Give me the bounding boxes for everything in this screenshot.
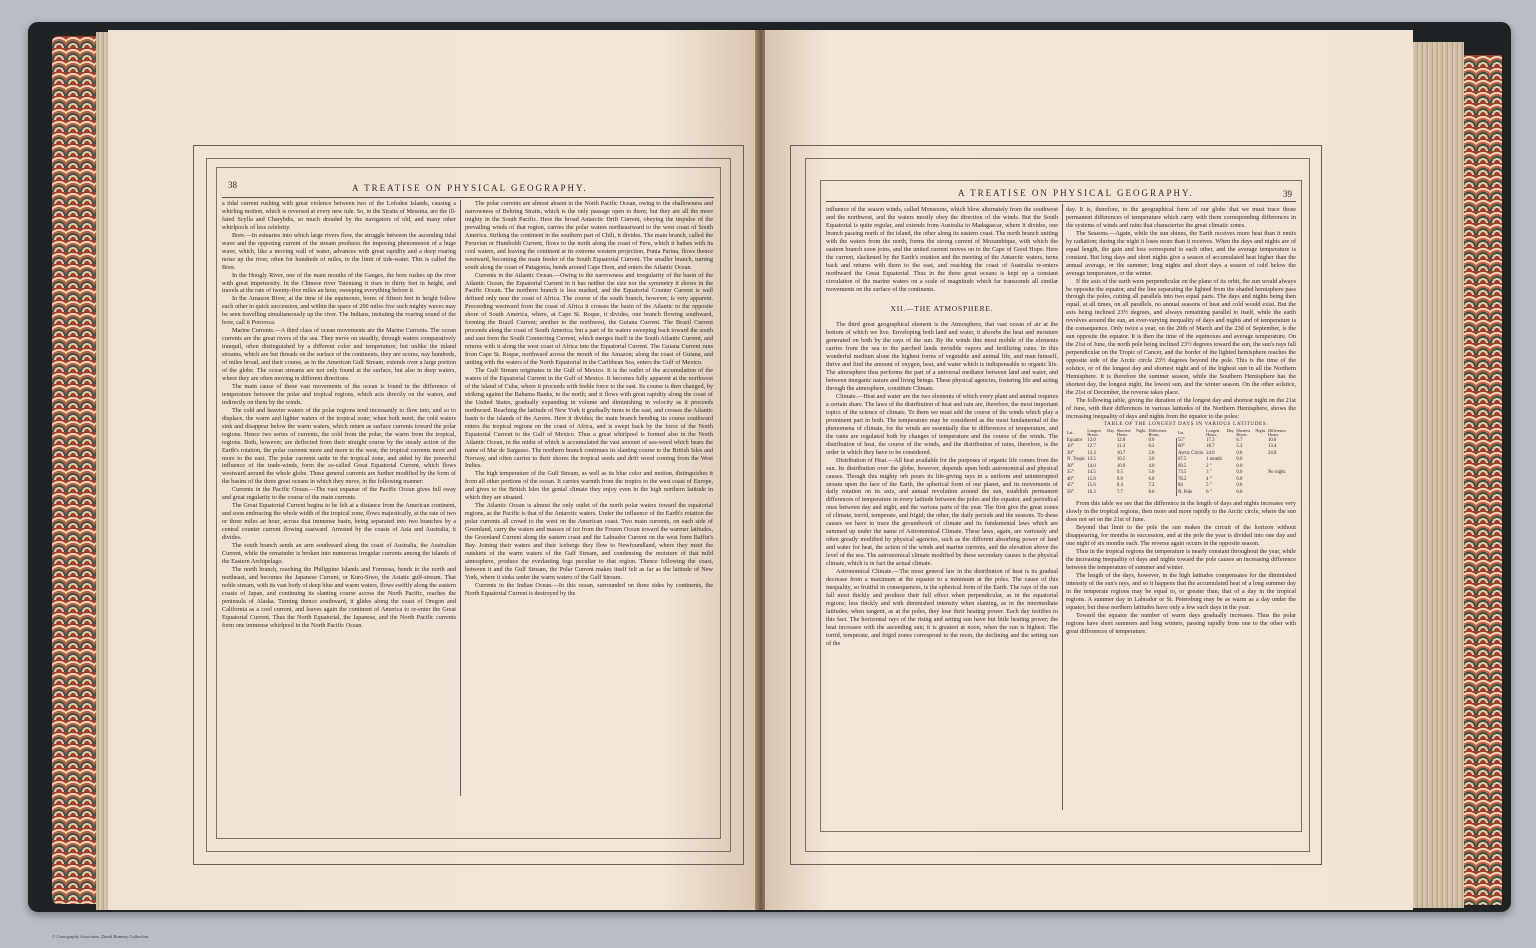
- paragraph: The length of the days, however, in the …: [1066, 572, 1296, 612]
- paragraph: The main cause of these vast movements o…: [222, 383, 456, 407]
- paragraph: From this table we see that the differen…: [1066, 500, 1296, 524]
- page-block-right: [1410, 42, 1464, 908]
- paragraph: Toward the equator the number of warm da…: [1066, 612, 1296, 636]
- paragraph: Marine Currents.—A third class of ocean …: [222, 327, 456, 383]
- table-header: Shortest Night. Hours.: [1116, 429, 1148, 438]
- table-cell: N. Tropic: [1066, 457, 1086, 464]
- table-header: Longest Day. Hours.: [1205, 429, 1235, 438]
- table-cell: 16.3: [1086, 490, 1115, 497]
- page-number: 39: [1283, 189, 1292, 199]
- paragraph: If the axis of the earth were perpendicu…: [1066, 278, 1296, 397]
- table-header: Difference. Hours.: [1147, 429, 1176, 438]
- copyright-watermark: © Cartography Associates, David Rumsey C…: [52, 934, 148, 939]
- right-column-2: day. It is, therefore, to the geographic…: [1066, 206, 1296, 636]
- table-header: Lat.: [1066, 429, 1086, 438]
- table-cell: 50°: [1066, 490, 1086, 497]
- left-column-1: a tidal current rushing with great viole…: [222, 200, 456, 629]
- paragraph: The south branch sends an arm southward …: [222, 542, 456, 566]
- table-header: Lat.: [1176, 429, 1205, 438]
- paragraph: Bore.—In estuaries into which large rive…: [222, 232, 456, 272]
- paragraph: The high temperature of the Gulf Stream,…: [465, 470, 713, 502]
- table-header: Longest Day. Hours.: [1086, 429, 1115, 438]
- head-rule: [222, 197, 714, 198]
- marbled-edge-right: [1462, 55, 1502, 905]
- table-cell: N. Pole: [1176, 490, 1205, 497]
- paragraph: Beyond that limit to the pole the sun ma…: [1066, 524, 1296, 548]
- column-divider: [460, 200, 461, 796]
- table-header: Shortest Night. Hours.: [1235, 429, 1267, 438]
- paragraph: Distribution of Heat.—All heat available…: [826, 457, 1058, 568]
- paragraph: The polar currents are almost absent in …: [465, 200, 713, 272]
- paragraph: Thus in the tropical regions the tempera…: [1066, 548, 1296, 572]
- table-cell: 0.0: [1235, 490, 1267, 497]
- paragraph: Currents in the Pacific Ocean.—The vast …: [222, 486, 456, 502]
- paragraph: The Atlantic Ocean is almost the only ou…: [465, 502, 713, 582]
- paragraph: Currents in the Atlantic Ocean.—Owing to…: [465, 272, 713, 367]
- paragraph: Climate.—Heat and water are the two elem…: [826, 393, 1058, 457]
- table-header-row: Lat. Longest Day. Hours. Shortest Night.…: [1066, 429, 1296, 438]
- page-number: 38: [228, 180, 237, 190]
- running-head: A TREATISE ON PHYSICAL GEOGRAPHY.: [958, 188, 1194, 198]
- longest-days-table: Lat. Longest Day. Hours. Shortest Night.…: [1066, 429, 1296, 497]
- table-header: Difference. Hours.: [1267, 429, 1296, 438]
- paragraph: The north branch, reaching the Philippin…: [222, 566, 456, 630]
- running-head: A TREATISE ON PHYSICAL GEOGRAPHY.: [352, 183, 588, 193]
- head-rule: [826, 201, 1296, 202]
- paragraph: In the Amazon River, at the time of the …: [222, 295, 456, 327]
- table-cell: 6 ": [1205, 490, 1235, 497]
- table-body: Equator12.012.00.055°17.36.710.610°12.71…: [1066, 438, 1296, 497]
- table-cell: [1267, 490, 1296, 497]
- paragraph: day. It is, therefore, to the geographic…: [1066, 206, 1296, 230]
- paragraph: The Gulf Stream originates in the Gulf o…: [465, 367, 713, 470]
- paragraph: The Seasons.—Again, while the sun shines…: [1066, 230, 1296, 278]
- section-heading: XII.—THE ATMOSPHERE.: [826, 305, 1058, 313]
- column-divider: [1062, 204, 1063, 810]
- paragraph: Astronomical Climate.—The most general l…: [826, 568, 1058, 648]
- paragraph: The Great Equatorial Current begins to b…: [222, 502, 456, 542]
- table-cell: 8.6: [1147, 490, 1176, 497]
- table-row: 50°16.37.78.6N. Pole6 "0.0: [1066, 490, 1296, 497]
- paragraph: The third great geographical element is …: [826, 321, 1058, 393]
- paragraph: The cold and heavier waters of the polar…: [222, 407, 456, 487]
- table-cell: 7.7: [1116, 490, 1148, 497]
- paragraph: In the Hoogly River, one of the main mou…: [222, 272, 456, 296]
- right-column-1: influence of the season winds, called Mo…: [826, 206, 1058, 648]
- left-column-2: The polar currents are almost absent in …: [465, 200, 713, 598]
- marbled-edge-left: [52, 36, 98, 904]
- paragraph: The following table, giving the duration…: [1066, 397, 1296, 421]
- paragraph: Currents in the Indian Ocean.—In this oc…: [465, 582, 713, 598]
- paragraph: influence of the season winds, called Mo…: [826, 206, 1058, 293]
- paragraph: a tidal current rushing with great viole…: [222, 200, 456, 232]
